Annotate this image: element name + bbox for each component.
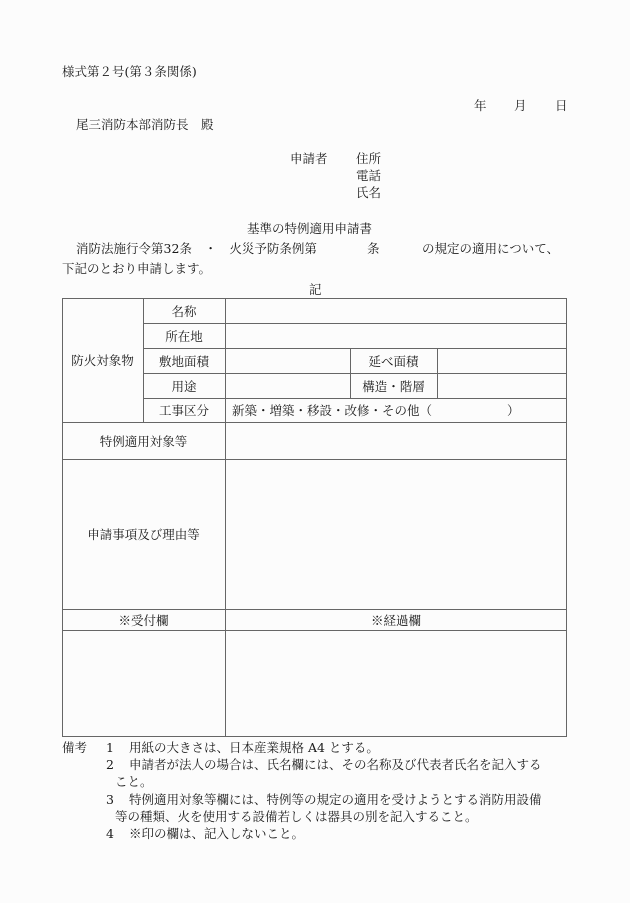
body-line2: 下記のとおり申請します。 [62, 261, 211, 277]
label-total-floor-area: 延べ面積 [350, 348, 437, 373]
label-use: 用途 [143, 373, 225, 398]
body-line1-part2: 条 [367, 241, 380, 257]
applicant-name-label: 氏名 [356, 185, 381, 201]
applicant-label: 申請者 [290, 151, 328, 167]
progress-area [226, 631, 566, 736]
ki-heading: 記 [309, 282, 322, 298]
special-target-field[interactable] [226, 423, 566, 459]
date-month-label: 月 [514, 98, 527, 114]
label-application-reason: 申請事項及び理由等 [62, 459, 225, 609]
label-progress: ※経過欄 [225, 609, 567, 630]
date-day-label: 日 [555, 98, 568, 114]
structure-floors-field[interactable] [438, 374, 566, 398]
label-special-target: 特例適用対象等 [62, 422, 225, 459]
note-1-text: 用紙の大きさは、日本産業規格 A4 とする。 [129, 740, 379, 756]
date-year-label: 年 [474, 98, 487, 114]
use-field[interactable] [226, 374, 350, 398]
note-2-text: 申請者が法人の場合は、氏名欄には、その名称及び代表者氏名を記入する [129, 757, 542, 773]
group-label-fire-target: 防火対象物 [62, 298, 143, 422]
note-1-number: 1 [106, 740, 114, 756]
note-3-text: 特例適用対象等欄には、特例等の規定の適用を受けようとする消防用設備 [129, 792, 542, 808]
note-4-number: 4 [106, 826, 114, 842]
reception-area [63, 631, 225, 736]
application-reason-field[interactable] [226, 460, 566, 609]
label-location: 所在地 [143, 323, 225, 348]
location-field[interactable] [226, 324, 566, 348]
label-site-area: 敷地面積 [143, 348, 225, 373]
label-structure-floors: 構造・階層 [350, 373, 437, 398]
note-3-continuation: 等の種類、火を使用する設備若しくは器具の別を記入すること。 [115, 809, 478, 825]
form-number: 様式第２号(第３条関係) [62, 64, 197, 80]
work-type-options[interactable]: 新築・増築・移設・改修・その他（ ） [226, 398, 566, 422]
note-3-number: 3 [106, 792, 114, 808]
note-4-text: ※印の欄は、記入しないこと。 [129, 826, 304, 842]
body-line1-part3: の規定の適用について、 [422, 241, 559, 257]
label-reception: ※受付欄 [62, 609, 225, 630]
label-name: 名称 [143, 298, 225, 323]
document-title: 基準の特例適用申請書 [247, 221, 372, 237]
label-work-type: 工事区分 [143, 398, 225, 422]
name-field[interactable] [226, 299, 566, 323]
notes-label: 備考 [62, 740, 87, 756]
site-area-field[interactable] [226, 349, 350, 373]
note-2-continuation: こと。 [115, 774, 153, 790]
applicant-address-label: 住所 [356, 151, 381, 167]
applicant-phone-label: 電話 [356, 168, 381, 184]
body-line1-part1: 消防法施行令第32条 ・ 火災予防条例第 [76, 241, 317, 257]
addressee: 尾三消防本部消防長 殿 [76, 117, 214, 133]
total-floor-area-field[interactable] [438, 349, 566, 373]
note-2-number: 2 [106, 757, 114, 773]
